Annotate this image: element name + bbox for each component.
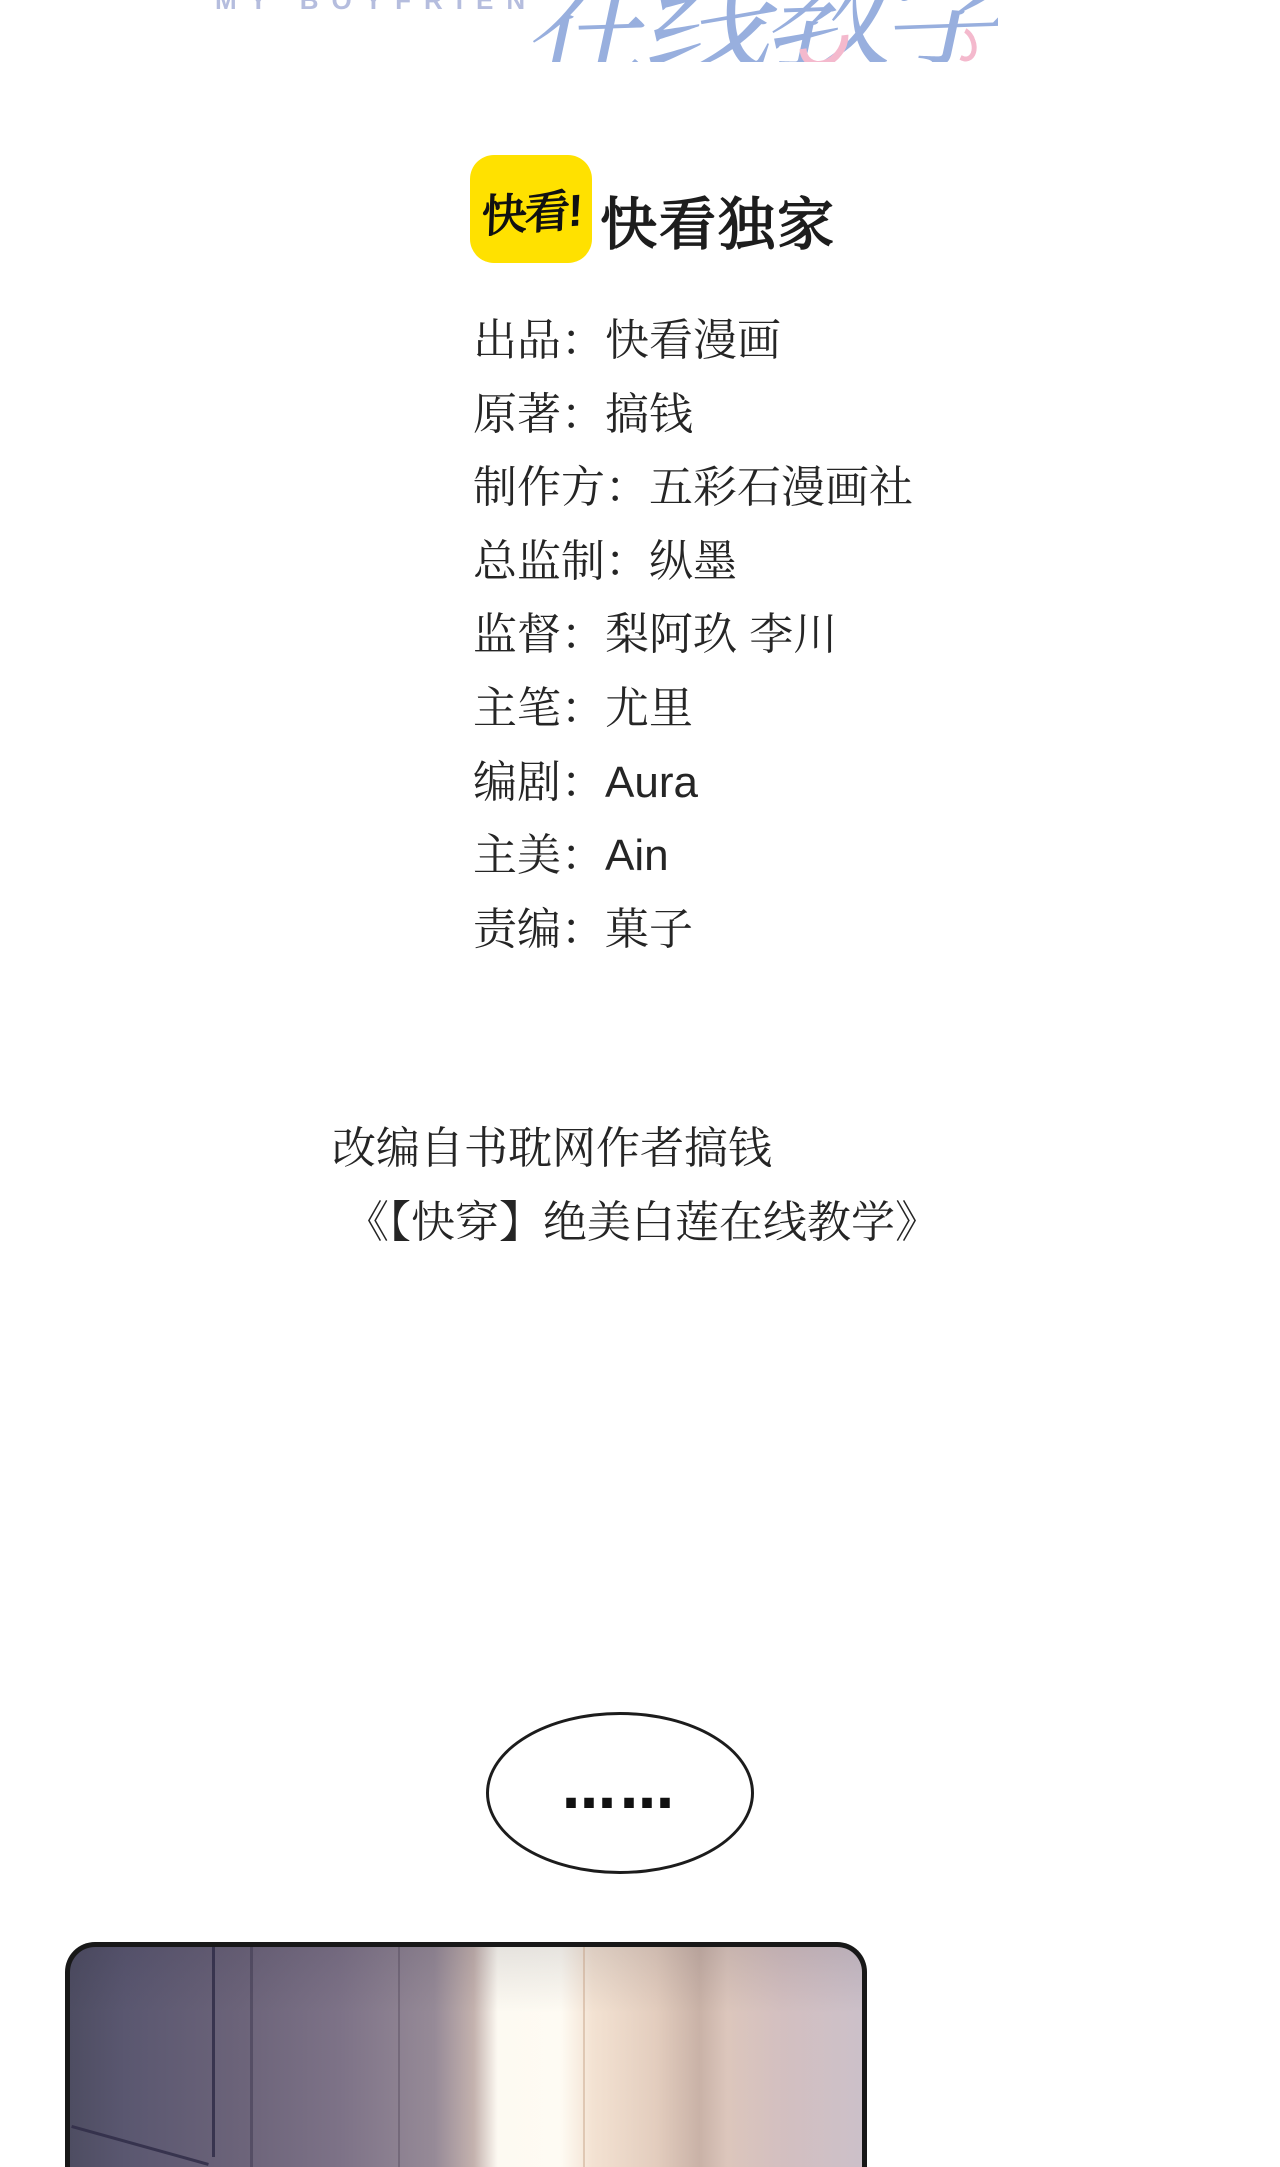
calligraphy-title-text: 在线教学: [520, 0, 998, 62]
adaptation-title-line: 《【快穿】绝美白莲在线教学》: [345, 1186, 939, 1250]
english-title-fragment: MY BOYFRIEND: [215, 0, 527, 11]
credit-line: 监督：梨阿玖 李川: [473, 598, 913, 672]
credit-line: 原著：搞钱: [473, 378, 913, 452]
credit-line: 责编：菓子: [473, 893, 913, 967]
credit-line: 出品：快看漫画: [473, 304, 913, 378]
kuaikan-logo-text: 快看!: [480, 173, 582, 245]
exclusive-label: 快看独家: [600, 179, 836, 261]
door-edge-line: [583, 1947, 585, 2167]
credits-list: 出品：快看漫画原著：搞钱制作方：五彩石漫画社总监制：纵墨监督：梨阿玖 李川主笔：…: [473, 304, 913, 966]
door-edge-line: [398, 1947, 400, 2167]
credit-line: 编剧：Aura: [473, 746, 913, 820]
comic-credits-page: MY BOYFRIEND 在线教学 快看! 快看独家 出品：快看漫画原著：搞钱制…: [0, 0, 1280, 2167]
credit-line: 总监制：纵墨: [473, 525, 913, 599]
credit-line: 主美：Ain: [473, 819, 913, 893]
adaptation-source-line: 改编自书耽网作者搞钱: [332, 1112, 772, 1176]
comic-panel-doorway: [65, 1942, 867, 2167]
english-title-text: MY BOYFRIEND: [215, 0, 527, 11]
calligraphy-title-fragment: 在线教学: [520, 0, 998, 62]
credit-line: 主笔：尤里: [473, 672, 913, 746]
speech-bubble: ……: [486, 1712, 754, 1874]
credit-line: 制作方：五彩石漫画社: [473, 451, 913, 525]
door-inset-panel-diagonal: [71, 2125, 209, 2166]
door-inset-panel-line: [212, 1947, 215, 2157]
door-edge-line: [250, 1947, 253, 2167]
kuaikan-logo: 快看!: [470, 155, 592, 263]
